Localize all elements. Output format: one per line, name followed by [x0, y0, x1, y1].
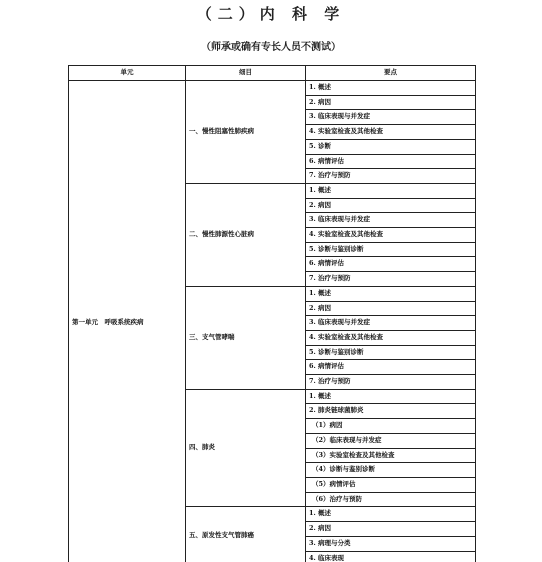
point-cell: 3. 临床表现与并发症 [306, 316, 476, 331]
table-row: 第一单元 呼吸系统疾病 一、慢性阻塞性肺疾病 1. 概述 [69, 81, 476, 96]
point-cell: 3. 病理与分类 [306, 536, 476, 551]
point-cell: 6. 病情评估 [306, 154, 476, 169]
point-cell: 3. 临床表现与并发症 [306, 110, 476, 125]
point-cell: 2. 病因 [306, 301, 476, 316]
point-cell: 7. 治疗与预防 [306, 272, 476, 287]
point-cell: 6. 病情评估 [306, 257, 476, 272]
point-cell: 1. 概述 [306, 389, 476, 404]
point-cell: （6）治疗与预防 [306, 492, 476, 507]
document-title: （二）内 科 学 [0, 3, 542, 24]
item-cell: 一、慢性阻塞性肺疾病 [186, 81, 306, 184]
point-cell: 1. 概述 [306, 286, 476, 301]
item-cell: 三、支气管哮喘 [186, 286, 306, 389]
item-cell: 二、慢性肺源性心脏病 [186, 183, 306, 286]
point-cell: 3. 临床表现与并发症 [306, 213, 476, 228]
point-cell: 1. 概述 [306, 183, 476, 198]
syllabus-table: 单元 细目 要点 第一单元 呼吸系统疾病 一、慢性阻塞性肺疾病 1. 概述 2.… [68, 65, 476, 562]
point-cell: 4. 实验室检查及其他检查 [306, 228, 476, 243]
item-cell: 四、肺炎 [186, 389, 306, 507]
point-cell: 4. 实验室检查及其他检查 [306, 330, 476, 345]
point-cell: 1. 概述 [306, 507, 476, 522]
point-cell: 5. 诊断 [306, 139, 476, 154]
point-cell: （2）临床表现与并发症 [306, 433, 476, 448]
point-cell: 4. 实验室检查及其他检查 [306, 125, 476, 140]
point-cell: 4. 临床表现 [306, 551, 476, 562]
point-cell: 2. 病因 [306, 198, 476, 213]
point-cell: 7. 治疗与预防 [306, 169, 476, 184]
header-unit: 单元 [69, 66, 186, 81]
header-item: 细目 [186, 66, 306, 81]
point-cell: 2. 病因 [306, 522, 476, 537]
point-cell: 5. 诊断与鉴别诊断 [306, 345, 476, 360]
point-cell: 2. 肺炎链球菌肺炎 [306, 404, 476, 419]
point-cell: （5）病情评估 [306, 477, 476, 492]
point-cell: 5. 诊断与鉴别诊断 [306, 242, 476, 257]
point-cell: 6. 病情评估 [306, 360, 476, 375]
point-cell: 7. 治疗与预防 [306, 375, 476, 390]
point-cell: （1）病因 [306, 419, 476, 434]
header-points: 要点 [306, 66, 476, 81]
point-cell: （4）诊断与鉴别诊断 [306, 463, 476, 478]
table-header-row: 单元 细目 要点 [69, 66, 476, 81]
point-cell: 1. 概述 [306, 81, 476, 96]
unit-cell: 第一单元 呼吸系统疾病 [69, 81, 186, 562]
item-cell: 五、原发性支气管肺癌 [186, 507, 306, 562]
point-cell: 2. 病因 [306, 95, 476, 110]
point-cell: （3）实验室检查及其他检查 [306, 448, 476, 463]
document-subtitle: （师承或确有专长人员不测试） [0, 38, 542, 53]
